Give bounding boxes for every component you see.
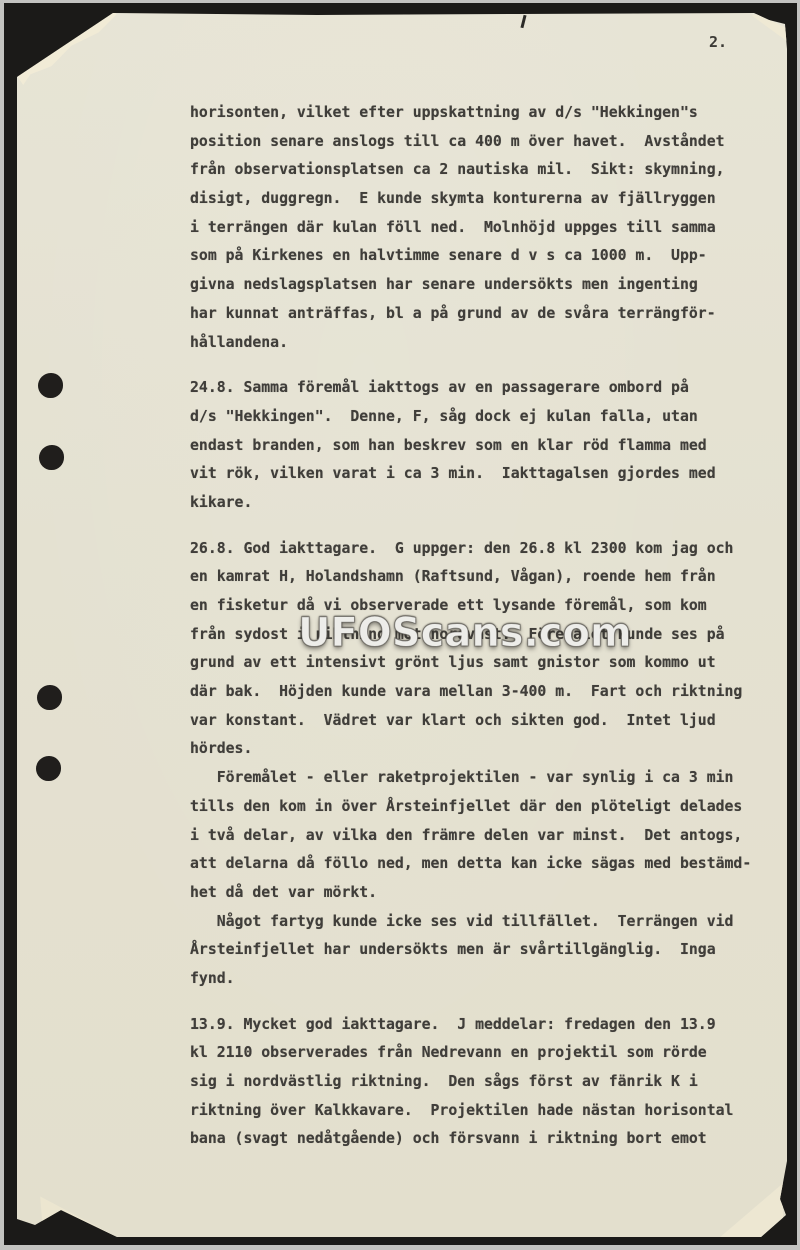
- page-number: 2.: [709, 33, 727, 51]
- text-line: sig i nordvästlig riktning. Den sågs för…: [190, 1068, 770, 1097]
- text-line: från observationsplatsen ca 2 nautiska m…: [190, 156, 770, 185]
- punch-hole: [36, 756, 61, 781]
- text-line: endast branden, som han beskrev som en k…: [190, 432, 770, 461]
- text-line: horisonten, vilket efter uppskattning av…: [190, 99, 770, 128]
- text-line: Föremålet - eller raketprojektilen - var…: [190, 764, 770, 793]
- text-line: kikare.: [190, 489, 770, 518]
- text-line: där bak. Höjden kunde vara mellan 3-400 …: [190, 678, 770, 707]
- text-line: 24.8. Samma föremål iakttogs av en passa…: [190, 374, 770, 403]
- paragraph: 24.8. Samma föremål iakttogs av en passa…: [190, 374, 770, 517]
- text-line: har kunnat anträffas, bl a på grund av d…: [190, 300, 770, 329]
- text-line: fynd.: [190, 965, 770, 994]
- text-line: riktning över Kalkkavare. Projektilen ha…: [190, 1097, 770, 1126]
- text-line: var konstant. Vädret var klart och sikte…: [190, 707, 770, 736]
- text-line: bana (svagt nedåtgående) och försvann i …: [190, 1125, 770, 1154]
- text-line: 13.9. Mycket god iakttagare. J meddelar:…: [190, 1011, 770, 1040]
- paragraph: 13.9. Mycket god iakttagare. J meddelar:…: [190, 1011, 770, 1154]
- text-line: givna nedslagsplatsen har senare undersö…: [190, 271, 770, 300]
- paragraph: 26.8. God iakttagare. G uppger: den 26.8…: [190, 535, 770, 994]
- text-line: i terrängen där kulan föll ned. Molnhöjd…: [190, 214, 770, 243]
- text-line: position senare anslogs till ca 400 m öv…: [190, 128, 770, 157]
- text-line: hördes.: [190, 735, 770, 764]
- text-line: tills den kom in över Årsteinfjellet där…: [190, 793, 770, 822]
- text-line: i två delar, av vilka den främre delen v…: [190, 822, 770, 851]
- punch-hole: [39, 445, 64, 470]
- text-line: en kamrat H, Holandshamn (Raftsund, Våga…: [190, 563, 770, 592]
- document-page: 2. horisonten, vilket efter uppskattning…: [17, 13, 787, 1237]
- punch-hole: [37, 685, 62, 710]
- text-line: kl 2110 observerades från Nedrevann en p…: [190, 1039, 770, 1068]
- text-line: vit rök, vilken varat i ca 3 min. Iaktta…: [190, 460, 770, 489]
- text-line: som på Kirkenes en halvtimme senare d v …: [190, 242, 770, 271]
- text-line: att delarna då föllo ned, men detta kan …: [190, 850, 770, 879]
- paragraph: horisonten, vilket efter uppskattning av…: [190, 99, 770, 357]
- text-line: Något fartyg kunde icke ses vid tillfäll…: [190, 908, 770, 937]
- text-line: disigt, duggregn. E kunde skymta konture…: [190, 185, 770, 214]
- text-line: 26.8. God iakttagare. G uppger: den 26.8…: [190, 535, 770, 564]
- text-line: hållandena.: [190, 329, 770, 358]
- punch-hole: [38, 373, 63, 398]
- watermark: UFOScans.com: [298, 610, 632, 656]
- text-line: d/s "Hekkingen". Denne, F, såg dock ej k…: [190, 403, 770, 432]
- text-line: Årsteinfjellet har undersökts men är svå…: [190, 936, 770, 965]
- text-line: het då det var mörkt.: [190, 879, 770, 908]
- paper-tear-mark: [520, 15, 526, 28]
